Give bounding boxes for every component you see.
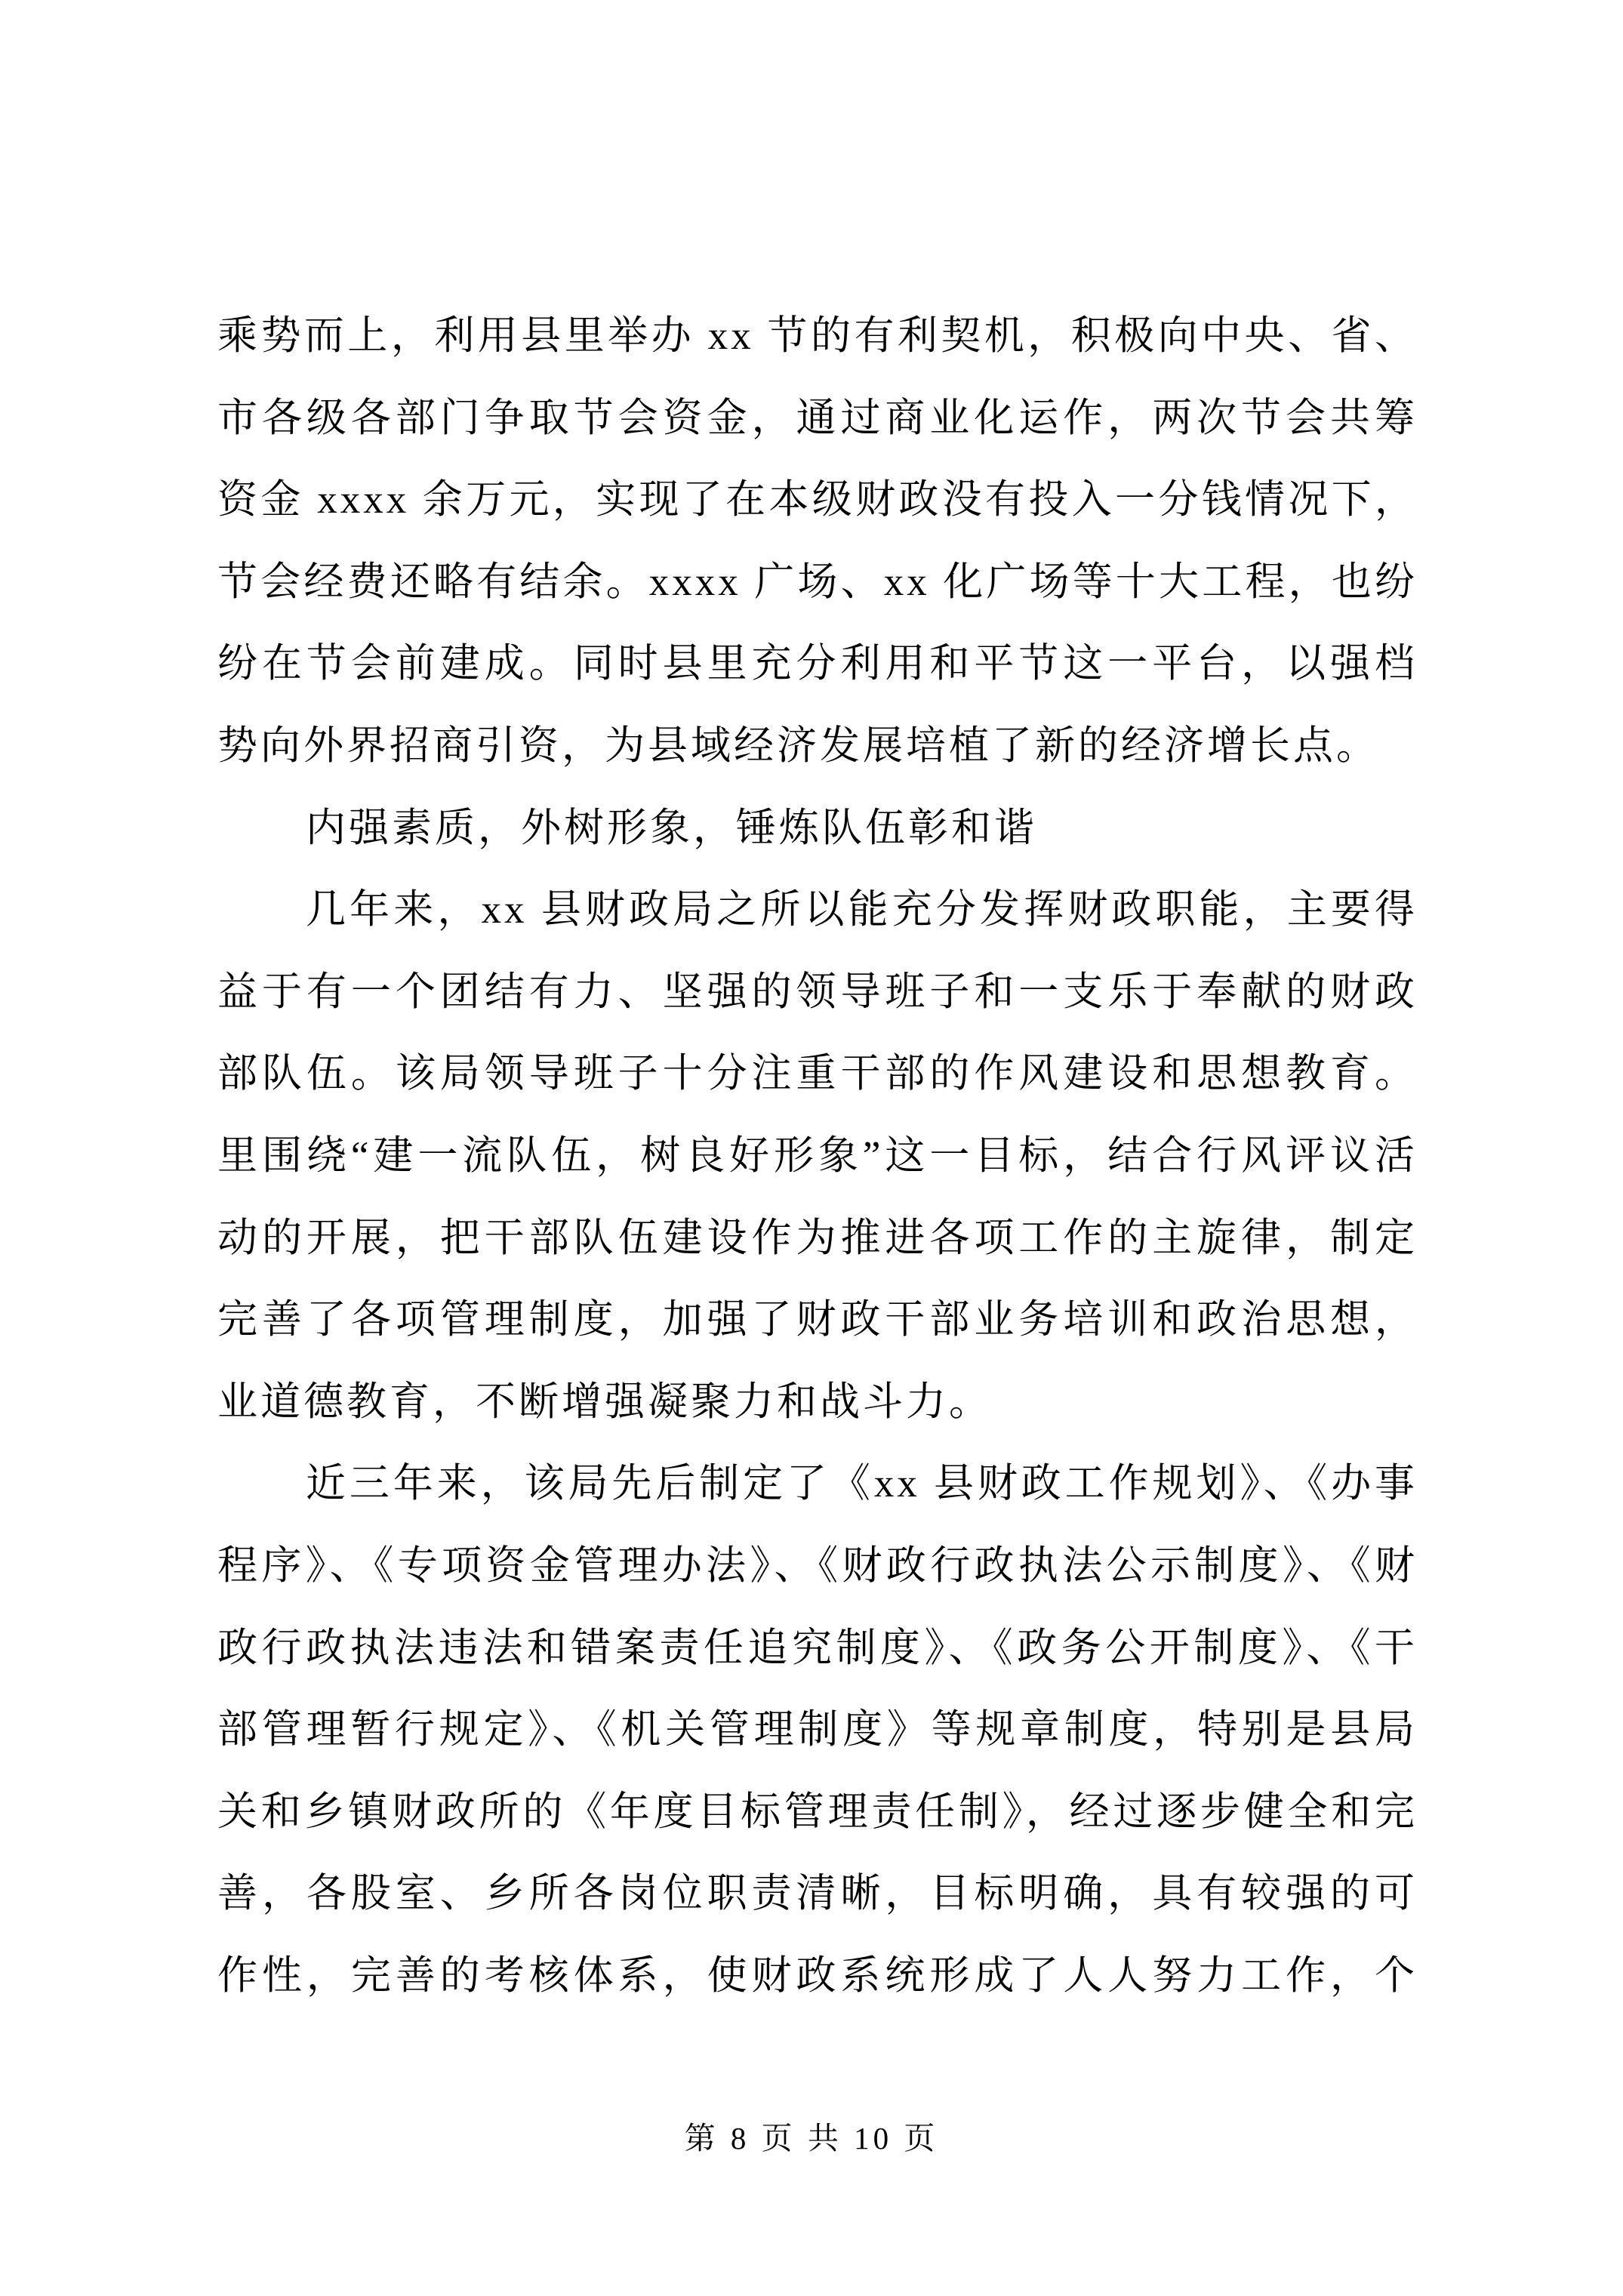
paragraph-section-heading: 内强素质，外树形象，锤炼队伍彰和谐	[217, 787, 1418, 870]
text-line: 纷在节会前建成。同时县里充分利用和平节这一平台，以强档优	[217, 623, 1418, 705]
text-line: 政行政执法违法和错案责任追究制度》、《政务公开制度》、《干	[217, 1607, 1418, 1690]
text-line: 几年来，xx 县财政局之所以能充分发挥财政职能，主要得	[217, 869, 1418, 951]
text-line: 势向外界招商引资，为县域经济发展培植了新的经济增长点。	[217, 705, 1418, 787]
text-line: 近三年来，该局先后制定了《xx 县财政工作规划》、《办事	[217, 1443, 1418, 1525]
text-line: 市各级各部门争取节会资金，通过商业化运作，两次节会共筹措	[217, 378, 1418, 460]
text-line: 资金 xxxx 余万元，实现了在本级财政没有投入一分钱情况下，	[217, 459, 1418, 541]
paragraph-rules-systems: 近三年来，该局先后制定了《xx 县财政工作规划》、《办事程序》、《专项资金管理办…	[217, 1443, 1418, 2017]
text-line: 善，各股室、乡所各岗位职责清晰，目标明确，具有较强的可操	[217, 1853, 1418, 1935]
text-line: 节会经费还略有结余。xxxx 广场、xx 化广场等十大工程，也纷	[217, 541, 1418, 624]
text-line: 部管理暂行规定》、《机关管理制度》等规章制度，特别是县局机	[217, 1689, 1418, 1771]
text-line: 动的开展，把干部队伍建设作为推进各项工作的主旋律，制定和	[217, 1197, 1418, 1280]
text-line: 部队伍。该局领导班子十分注重干部的作风建设和思想教育。局	[217, 1033, 1418, 1115]
document-body: 乘势而上，利用县里举办 xx 节的有利契机，积极向中央、省、市各级各部门争取节会…	[217, 295, 1418, 2017]
text-line: 里围绕“建一流队伍，树良好形象”这一目标，结合行风评议活	[217, 1115, 1418, 1197]
text-line: 业道德教育，不断增强凝聚力和战斗力。	[217, 1361, 1418, 1444]
text-line: 程序》、《专项资金管理办法》、《财政行政执法公示制度》、《财	[217, 1525, 1418, 1607]
text-line: 作性，完善的考核体系，使财政系统形成了人人努力工作，个个	[217, 1935, 1418, 2017]
text-line: 乘势而上，利用县里举办 xx 节的有利契机，积极向中央、省、	[217, 295, 1418, 378]
text-line: 益于有一个团结有力、坚强的领导班子和一支乐于奉献的财政干	[217, 951, 1418, 1034]
paragraph-team-building: 几年来，xx 县财政局之所以能充分发挥财政职能，主要得益于有一个团结有力、坚强的…	[217, 869, 1418, 1443]
paragraph-festival-funds: 乘势而上，利用县里举办 xx 节的有利契机，积极向中央、省、市各级各部门争取节会…	[217, 295, 1418, 787]
document-page: 乘势而上，利用县里举办 xx 节的有利契机，积极向中央、省、市各级各部门争取节会…	[0, 0, 1623, 2296]
text-line: 完善了各项管理制度，加强了财政干部业务培训和政治思想，职	[217, 1279, 1418, 1361]
text-line: 关和乡镇财政所的《年度目标管理责任制》，经过逐步健全和完	[217, 1771, 1418, 1854]
text-line: 内强素质，外树形象，锤炼队伍彰和谐	[217, 787, 1418, 870]
page-footer: 第 8 页 共 10 页	[0, 2119, 1623, 2158]
